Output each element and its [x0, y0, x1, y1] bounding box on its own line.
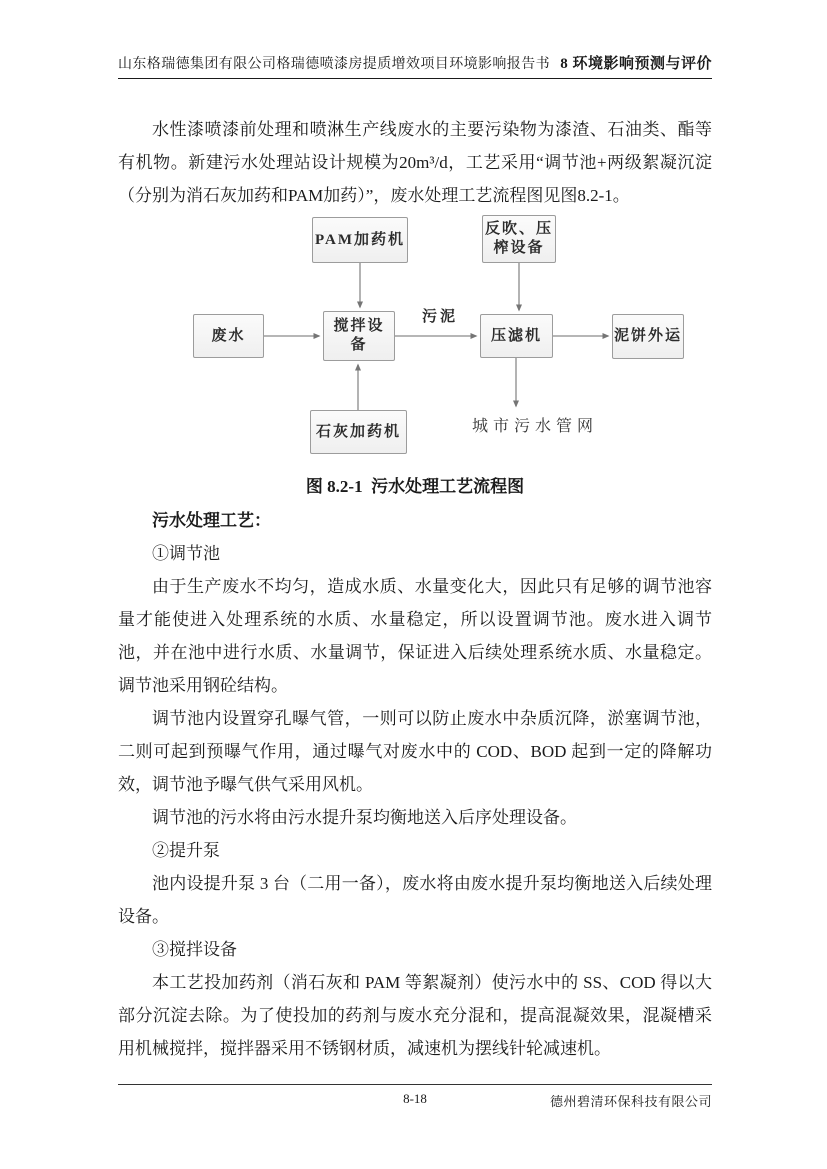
- header-report-title: 山东格瑞德集团有限公司格瑞德喷漆房提质增效项目环境影响报告书: [118, 53, 550, 73]
- document-page: 山东格瑞德集团有限公司格瑞德喷漆房提质增效项目环境影响报告书 8 环境影响预测与…: [0, 0, 827, 1169]
- page-number: 8-18: [403, 1091, 427, 1106]
- flow-node-lime-doser: 石灰加药机: [310, 410, 407, 454]
- paragraph: 本工艺投加药剂（消石灰和 PAM 等絮凝剂）使污水中的 SS、COD 得以大部分…: [118, 966, 712, 1065]
- flow-node-filter-press: 压滤机: [480, 314, 553, 358]
- paragraph: 由于生产废水不均匀，造成水质、水量变化大，因此只有足够的调节池容量才能使进入处理…: [118, 570, 712, 702]
- flow-node-pam-doser: PAM加药机: [312, 217, 408, 263]
- section-heading-1: ①调节池: [118, 537, 712, 570]
- paragraph: 调节池的污水将由污水提升泵均衡地送入后序处理设备。: [118, 801, 712, 834]
- process-flowchart: 废水 PAM加药机 搅拌设 备 反吹、压 榨设备 压滤机 泥饼外运 石灰加药机 …: [120, 210, 650, 460]
- paragraph: 调节池内设置穿孔曝气管，一则可以防止废水中杂质沉降，淤塞调节池，二则可起到预曝气…: [118, 702, 712, 801]
- flow-node-sludge-cake: 泥饼外运: [612, 314, 684, 359]
- flow-label-sludge: 污泥: [410, 305, 470, 326]
- header-chapter-title: 8 环境影响预测与评价: [560, 52, 712, 73]
- paragraph: 池内设提升泵 3 台（二用一备），废水将由废水提升泵均衡地送入后续处理设备。: [118, 867, 712, 933]
- page-footer: 8-18 德州碧清环保科技有限公司: [118, 1084, 712, 1107]
- footer-company: 德州碧清环保科技有限公司: [550, 1091, 712, 1110]
- intro-paragraph: 水性漆喷漆前处理和喷淋生产线废水的主要污染物为漆渣、石油类、酯等有机物。新建污水…: [118, 113, 712, 212]
- figure-caption: 图 8.2-1 污水处理工艺流程图: [118, 472, 712, 497]
- section-heading-2: ②提升泵: [118, 834, 712, 867]
- page-header: 山东格瑞德集团有限公司格瑞德喷漆房提质增效项目环境影响报告书 8 环境影响预测与…: [118, 52, 712, 79]
- flow-node-backflush: 反吹、压 榨设备: [482, 215, 556, 263]
- flow-node-wastewater: 废水: [193, 314, 264, 358]
- flow-node-mixer: 搅拌设 备: [323, 311, 395, 361]
- body-text: 污水处理工艺： ①调节池 由于生产废水不均匀，造成水质、水量变化大，因此只有足够…: [118, 504, 712, 1065]
- flow-label-sewer: 城市污水管网: [472, 413, 642, 436]
- section-title: 污水处理工艺：: [118, 504, 712, 537]
- section-heading-3: ③搅拌设备: [118, 933, 712, 966]
